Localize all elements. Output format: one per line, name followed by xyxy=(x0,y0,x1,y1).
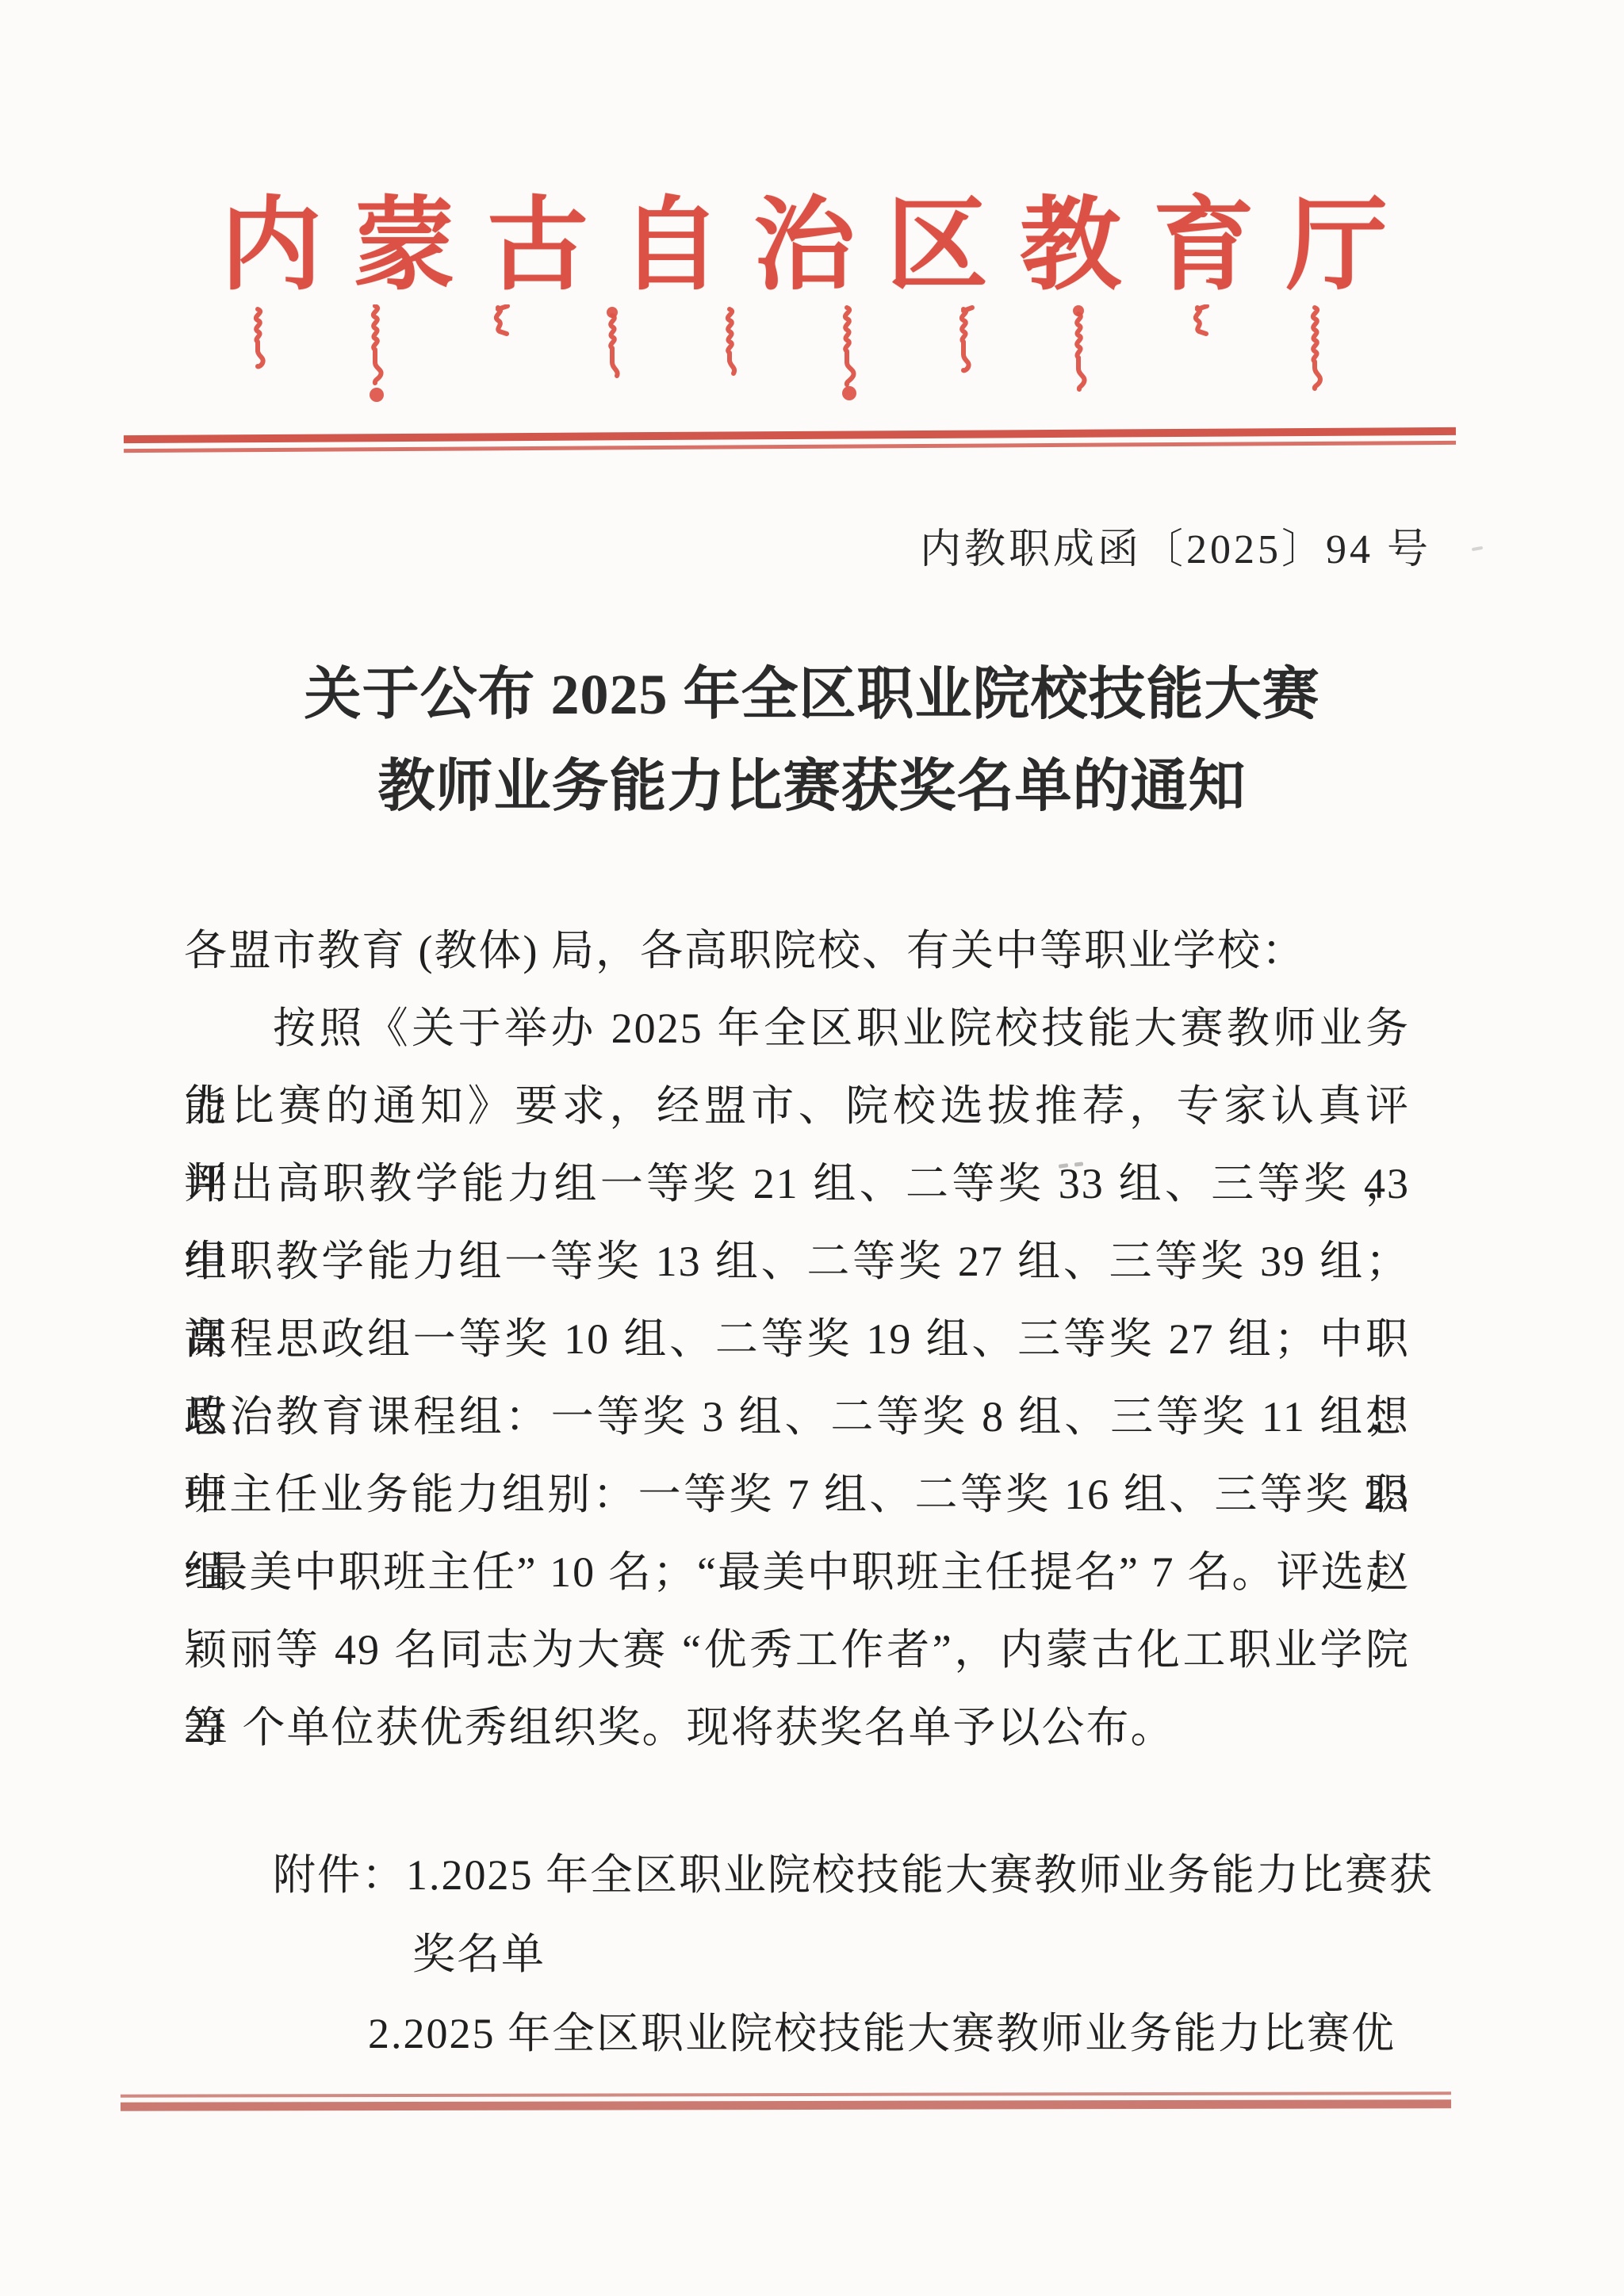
letterhead-org-name: 内蒙古自治区教育厅 xyxy=(220,190,1419,302)
body-line: 评出高职教学能力组一等奖 21 组、二等奖 33 组、三等奖 43 组； xyxy=(184,1145,1410,1223)
attachment-line-1-continued: 奖名单 xyxy=(184,1915,1440,1994)
mongolian-word xyxy=(1313,308,1320,388)
document-title-line2: 教师业务能力比赛获奖名单的通知 xyxy=(184,740,1440,832)
body-line: 颖丽等 49 名同志为大赛 “优秀工作者”，内蒙古化工职业学院等 xyxy=(184,1611,1410,1689)
rule-thin-line xyxy=(124,441,1456,453)
document-number: 内教职成函〔2025〕94 号 xyxy=(920,515,1431,575)
body-line: 班主任业务能力组别：一等奖 7 组、二等奖 16 组、三等奖 23 组； xyxy=(184,1456,1410,1533)
mongolian-word xyxy=(496,306,507,334)
mongolian-word xyxy=(728,309,734,373)
mongolian-word xyxy=(1073,305,1085,389)
body-line: 按照《关于举办 2025 年全区职业院校技能大赛教师业务能 xyxy=(184,989,1410,1067)
attachments-section: 附件：1.2025 年全区职业院校技能大赛教师业务能力比赛获 奖名单 2.202… xyxy=(184,1835,1440,2073)
body-line: 21 个单位获优秀组织奖。现将获奖名单予以公布。 xyxy=(184,1689,1410,1766)
scan-artifact-dots xyxy=(1059,1162,1086,1170)
mongolian-word xyxy=(1196,306,1207,334)
document-title: 关于公布 2025 年全区职业院校技能大赛 教师业务能力比赛获奖名单的通知 xyxy=(184,649,1440,832)
mongolian-word xyxy=(962,308,972,370)
body-line: 中职教学能力组一等奖 13 组、二等奖 27 组、三等奖 39 组；高职 xyxy=(184,1223,1410,1300)
body-line: “最美中职班主任” 10 名；“最美中职班主任提名” 7 名。评选赵 xyxy=(184,1533,1410,1611)
attachment-line-2: 2.2025 年全区职业院校技能大赛教师业务能力比赛优 xyxy=(184,1994,1440,2073)
mongolian-word xyxy=(842,308,856,400)
mongolian-word xyxy=(607,307,618,376)
rule-thin-line xyxy=(121,2091,1451,2098)
rule-thick-line xyxy=(121,2099,1451,2111)
body-line: 力比赛的通知》要求，经盟市、院校选拔推荐，专家认真评判， xyxy=(184,1067,1410,1145)
scan-artifact-dash xyxy=(1472,546,1483,551)
salutation-line: 各盟市教育 (教体) 局，各高职院校、有关中等职业学校： xyxy=(184,912,1410,989)
mongolian-word xyxy=(256,309,263,366)
document-title-line1: 关于公布 2025 年全区职业院校技能大赛 xyxy=(184,649,1440,740)
document-body: 各盟市教育 (教体) 局，各高职院校、有关中等职业学校： 按照《关于举办 202… xyxy=(184,912,1410,1766)
scanned-official-document: { "colors": { "letterhead_red": "#dc5146… xyxy=(0,0,1624,2296)
mongolian-word xyxy=(370,306,384,402)
attachment-line-1: 附件：1.2025 年全区职业院校技能大赛教师业务能力比赛获 xyxy=(184,1835,1440,1915)
footer-double-rule xyxy=(121,2091,1451,2111)
body-line: 政治教育课程组：一等奖 3 组、二等奖 8 组、三等奖 11 组；中职 xyxy=(184,1378,1410,1456)
body-line: 课程思政组一等奖 10 组、二等奖 19 组、三等奖 27 组；中职思想 xyxy=(184,1300,1410,1378)
mongolian-script-row xyxy=(238,304,1348,439)
